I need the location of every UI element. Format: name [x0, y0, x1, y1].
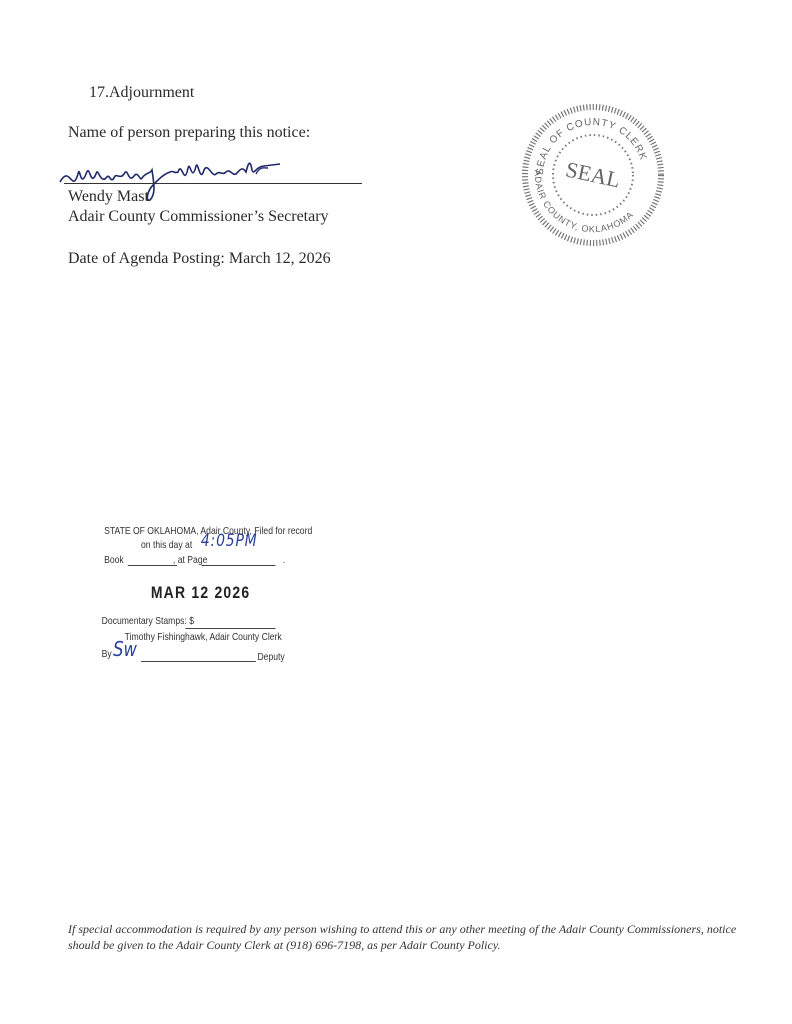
- clerk-name: Timothy Fishinghawk, Adair County Clerk: [125, 631, 282, 643]
- preparer-label: Name of person preparing this notice:: [68, 124, 310, 142]
- by-label: By: [102, 648, 112, 660]
- preparer-title: Adair County Commissioner’s Secretary: [68, 208, 329, 226]
- deputy-blank: [141, 661, 256, 662]
- seal-center-text: SEAL: [564, 157, 623, 193]
- deputy-label: Deputy: [257, 651, 284, 663]
- stamp-date: MAR 12 2026: [151, 583, 251, 603]
- stamp-line2: on this day at: [141, 539, 192, 551]
- deputy-initials: Sw: [113, 637, 137, 661]
- page-blank: [202, 565, 276, 566]
- documentary-stamps: Documentary Stamps: $: [102, 615, 194, 627]
- county-clerk-seal: SEAL OF COUNTY CLERK ADAIR COUNTY, OKLAH…: [513, 100, 673, 250]
- stamps-blank: [185, 628, 275, 629]
- signature-line: [64, 183, 362, 184]
- stamp-time: 4:05PM: [201, 531, 258, 551]
- agenda-item-adjournment: 17.Adjournment: [89, 84, 194, 102]
- book-blank: [128, 565, 177, 566]
- preparer-name: Wendy Mast: [68, 188, 149, 206]
- accommodation-notice: If special accommodation is required by …: [68, 921, 748, 953]
- posting-date: Date of Agenda Posting: March 12, 2026: [68, 250, 331, 268]
